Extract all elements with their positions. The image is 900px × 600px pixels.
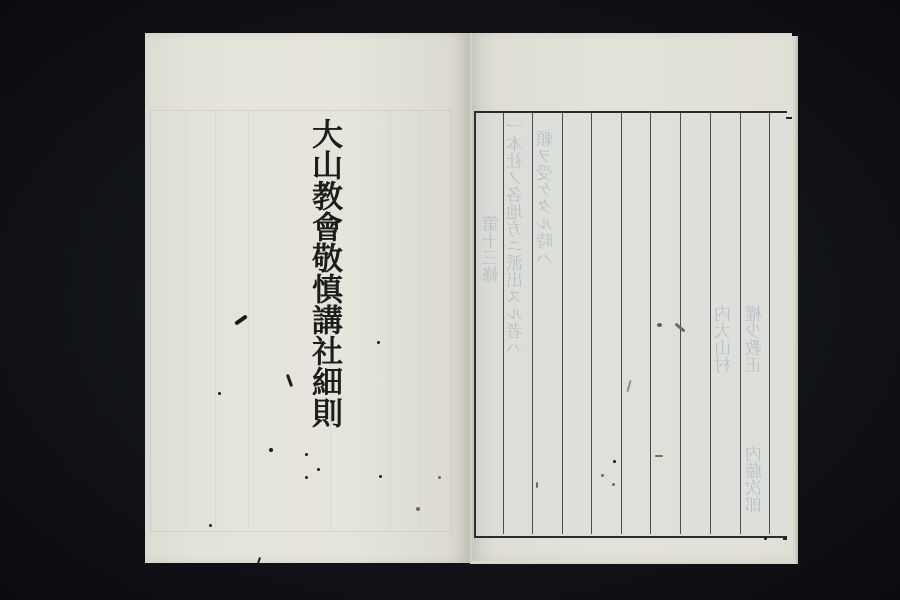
column-rule — [562, 113, 563, 534]
paper-speck — [612, 483, 615, 486]
edge-tick-mark — [786, 117, 792, 119]
paper-speck — [416, 507, 420, 511]
bleed-through-text: 内大山村 — [714, 305, 736, 373]
column-rule — [650, 113, 651, 534]
bleed-through-text: 内藤次郎 — [745, 445, 767, 513]
column-rule — [591, 113, 592, 534]
left-bleed-rule — [215, 110, 216, 530]
ink-dot — [377, 341, 380, 344]
ink-dot — [764, 537, 767, 540]
ink-dot — [379, 475, 382, 478]
paper-speck — [438, 476, 441, 479]
ink-dot — [613, 460, 616, 463]
ink-dot — [330, 400, 333, 403]
column-rule — [740, 113, 741, 534]
paper-speck — [655, 455, 663, 457]
column-rule — [621, 113, 622, 534]
edge-tick-mark — [783, 538, 787, 540]
paper-speck — [601, 474, 604, 477]
column-rule — [680, 113, 681, 534]
column-rule — [710, 113, 711, 534]
ink-dot — [218, 392, 221, 395]
ink-dot — [209, 524, 212, 527]
bleed-through-text: 頼ヲ受ケタル時ハ — [536, 130, 558, 266]
ink-dot — [305, 453, 308, 456]
left-bleed-rule — [248, 110, 249, 530]
ink-dot — [305, 476, 308, 479]
book-spine — [468, 33, 472, 563]
ink-dot — [317, 468, 320, 471]
bleed-through-text: 權少教正 — [745, 305, 767, 373]
ink-dot — [269, 448, 273, 452]
bleed-through-text: 第十三條 — [482, 215, 504, 283]
left-bleed-rule — [420, 110, 421, 530]
column-rule — [769, 113, 770, 534]
column-rule — [503, 113, 504, 534]
left-bleed-rule — [185, 110, 186, 530]
paper-speck — [657, 323, 662, 327]
paper-speck — [536, 482, 538, 488]
bleed-through-text: 一本社ノ各地方ニ派出スル者ハ — [506, 118, 528, 356]
document-title: 大山教會敬慎講社細則 — [296, 118, 346, 428]
left-bleed-rule — [390, 110, 391, 530]
column-rule — [532, 113, 533, 534]
